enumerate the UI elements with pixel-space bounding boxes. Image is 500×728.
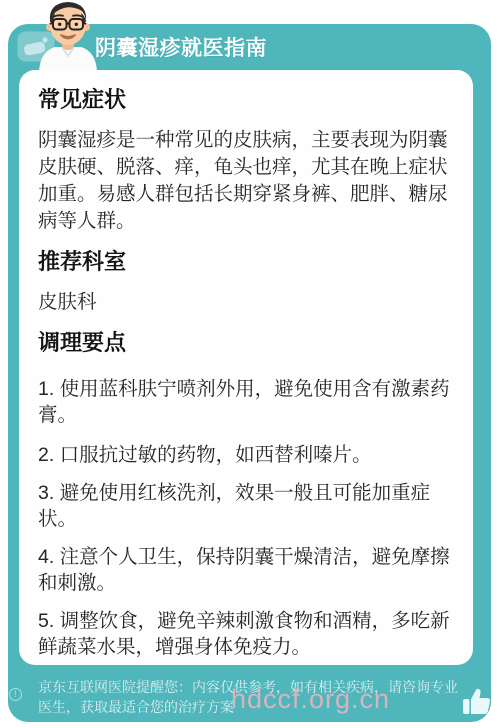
care-item-4: 4. 注意个人卫生，保持阴囊干燥清洁，避免摩擦和刺激。: [38, 544, 456, 596]
section-heading-symptoms: 常见症状: [38, 87, 456, 113]
watermark: hdccf.org.cn: [231, 684, 390, 715]
section-heading-care: 调理要点: [38, 330, 456, 356]
thumbs-up-icon[interactable]: [459, 686, 492, 717]
care-item-1: 1. 使用蓝科肤宁喷剂外用，避免使用含有激素药膏。: [38, 376, 456, 428]
symptoms-text: 阴囊湿疹是一种常见的皮肤病，主要表现为阴囊皮肤硬、脱落、痒，龟头也痒，尤其在晚上…: [38, 127, 456, 235]
content-card: 常见症状 阴囊湿疹是一种常见的皮肤病，主要表现为阴囊皮肤硬、脱落、痒，龟头也痒，…: [19, 70, 473, 665]
info-circle-icon: !: [9, 688, 22, 701]
care-item-3: 3. 避免使用红核洗剂，效果一般且可能加重症状。: [38, 480, 456, 532]
care-item-5: 5. 调整饮食，避免辛辣刺激食物和酒精，多吃新鲜蔬菜水果，增强身体免疫力。: [38, 608, 456, 660]
page-title: 阴囊湿疹就医指南: [95, 32, 267, 62]
care-item-2: 2. 口服抗过敏的药物，如西替利嗪片。: [38, 442, 456, 468]
care-list: 1. 使用蓝科肤宁喷剂外用，避免使用含有激素药膏。 2. 口服抗过敏的药物，如西…: [38, 376, 456, 660]
section-heading-department: 推荐科室: [38, 249, 456, 275]
page: 阴囊湿疹就医指南 常见症状 阴囊湿疹是一种常见的皮肤病，主要表现为阴囊皮肤硬、脱…: [0, 0, 500, 728]
department-text: 皮肤科: [38, 289, 456, 316]
